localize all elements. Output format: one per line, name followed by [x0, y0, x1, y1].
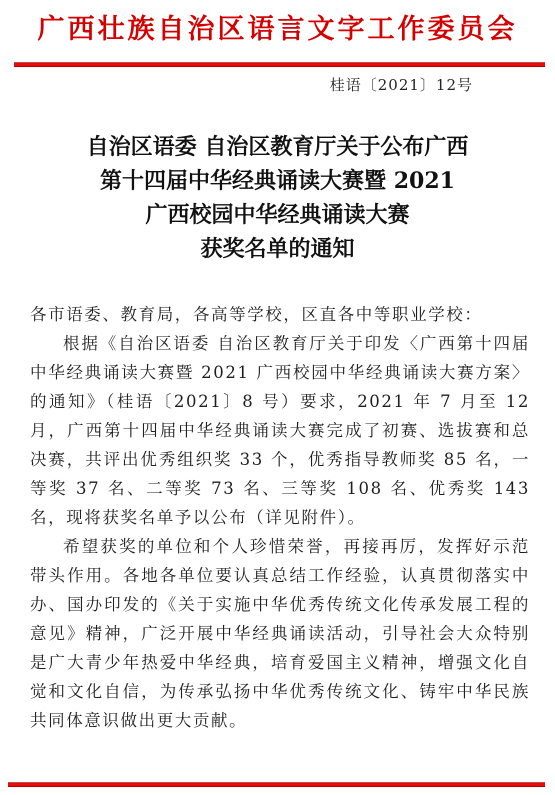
issuing-organization-header: 广西壮族自治区语言文字工作委员会	[0, 12, 555, 48]
title-line: 获奖名单的通知	[0, 232, 555, 266]
document-title: 自治区语委 自治区教育厅关于公布广西 第十四届中华经典诵读大赛暨 2021 广西…	[0, 130, 555, 266]
body-paragraph: 根据《自治区语委 自治区教育厅关于印发〈广西第十四届中华经典诵读大赛暨 2021…	[30, 329, 530, 532]
title-line: 第十四届中华经典诵读大赛暨 2021	[0, 164, 555, 198]
body-paragraph: 希望获奖的单位和个人珍惜荣誉，再接再厉，发挥好示范带头作用。各地各单位要认真总结…	[30, 532, 530, 735]
title-line: 自治区语委 自治区教育厅关于公布广西	[0, 130, 555, 164]
document-body: 各市语委、教育局，各高等学校，区直各中等职业学校： 根据《自治区语委 自治区教育…	[30, 300, 530, 735]
document-number: 桂语〔2021〕12号	[330, 74, 473, 96]
title-line: 广西校园中华经典诵读大赛	[0, 198, 555, 232]
footer-red-rule	[8, 782, 545, 787]
salutation: 各市语委、教育局，各高等学校，区直各中等职业学校：	[30, 300, 530, 329]
header-red-rule	[14, 62, 545, 67]
